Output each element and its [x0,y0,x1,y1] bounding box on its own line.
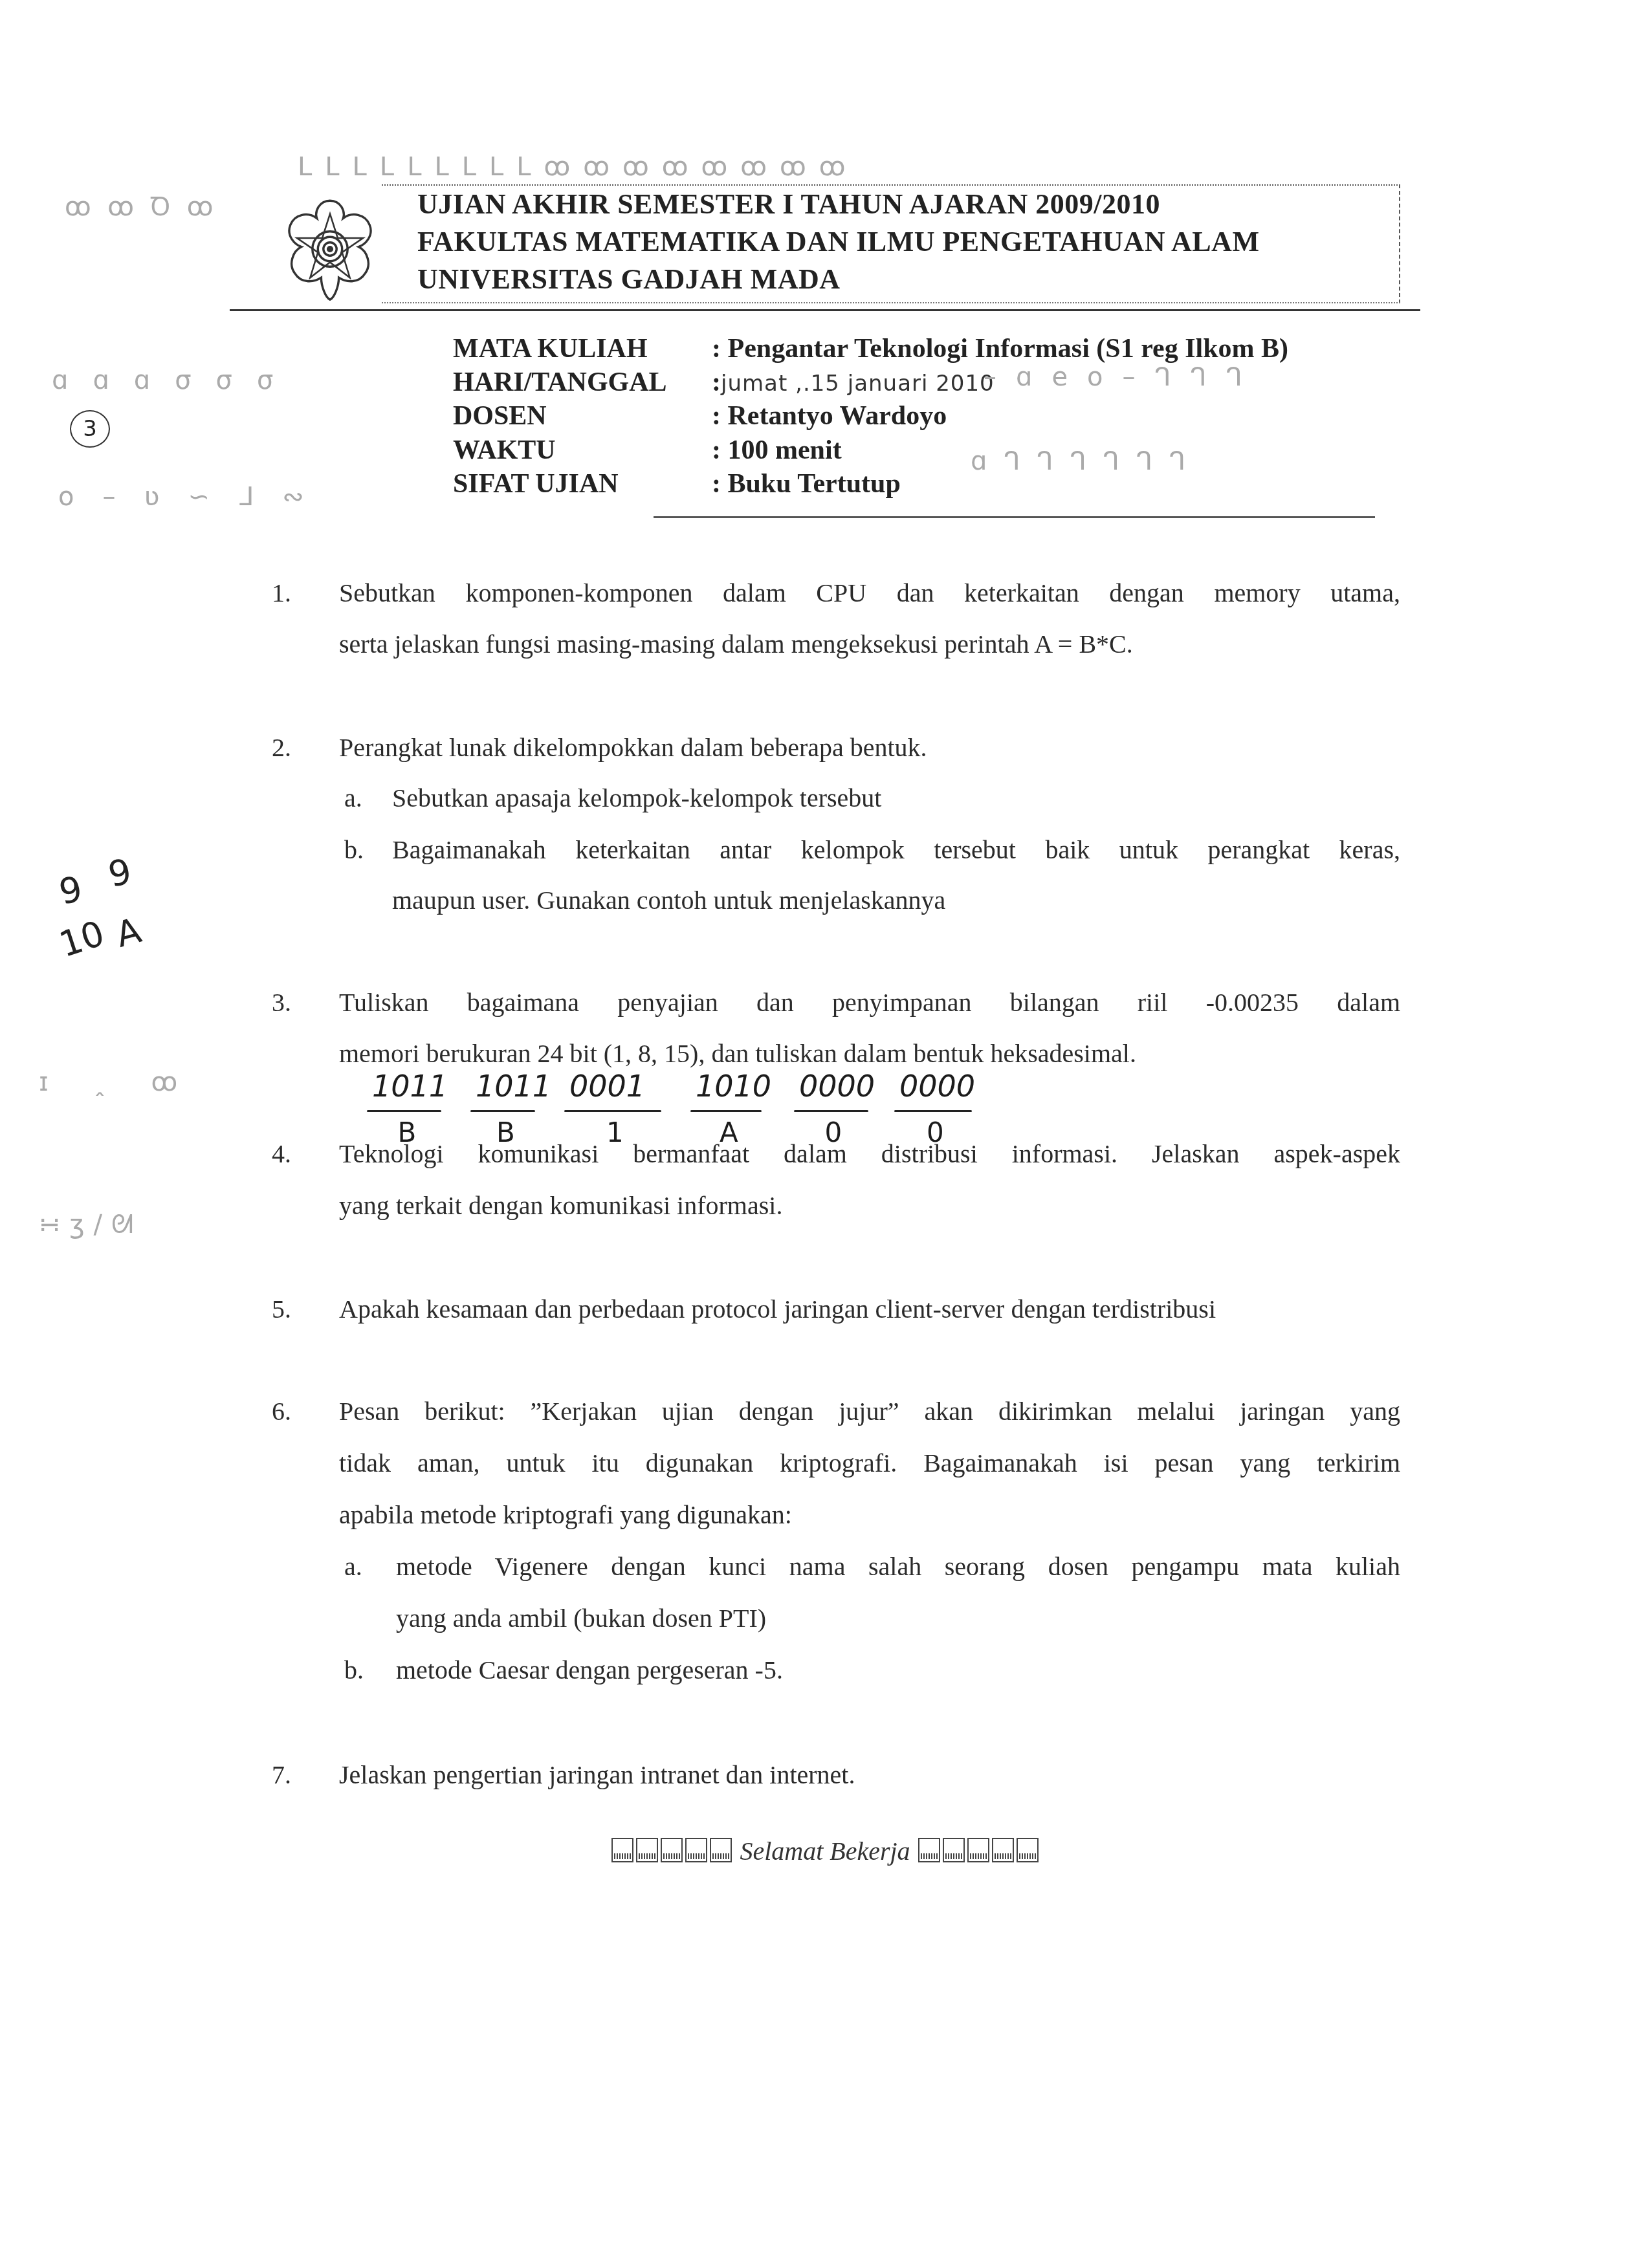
info-value: : Buku Tertutup [712,468,901,499]
computer-icon [1017,1838,1039,1862]
question-6a-line-1: metode Vigenere dengan kunci nama salah … [396,1551,1400,1582]
question-6a-line-2: yang anda ambil (bukan dosen PTI) [396,1603,766,1633]
underline-brace [690,1110,762,1112]
question-1-line-2: serta jelaskan fungsi masing-masing dala… [339,629,1133,659]
ink-note: 9 [56,868,86,913]
handwritten-date: jumat ,.15 januari 2010 [721,371,995,397]
question-3-line-1: Tuliskan bagaimana penyajian dan penyimp… [339,987,1400,1018]
sub-marker: b. [344,834,364,865]
info-value: : 100 menit [712,435,842,466]
footer-text: Selamat Bekerja [740,1837,910,1866]
question-2a-text: Sebutkan apasaja kelompok-kelompok terse… [392,783,881,813]
info-row-date: HARI/TANGGAL: jumat ,.15 januari 2010 [453,367,995,398]
question-6-line-3: apabila metode kriptografi yang digunaka… [339,1499,792,1530]
computer-icon [685,1838,707,1862]
question-number: 4. [272,1139,291,1169]
question-number: 6. [272,1396,291,1426]
pencil-scribble: ɪ ꞈ ꝏ [39,1067,197,1097]
question-6b-text: metode Caesar dengan pergeseran -5. [396,1655,783,1685]
underline-brace [367,1110,441,1112]
info-label: DOSEN [453,400,712,431]
computer-icon [661,1838,683,1862]
computer-icon-row-left [610,1837,733,1866]
question-1-line-1: Sebutkan komponen-komponen dalam CPU dan… [339,578,1400,608]
info-label: MATA KULIAH [453,333,712,364]
university-emblem-icon [275,194,385,304]
header-divider [230,309,1420,311]
question-6-line-1: Pesan berikut: ”Kerjakan ujian dengan ju… [339,1396,1400,1426]
info-value: : [712,367,721,398]
computer-icon [918,1838,940,1862]
computer-icon [943,1838,965,1862]
info-label: HARI/TANGGAL [453,367,712,398]
question-2b-line-1: Bagaimanakah keterkaitan antar kelompok … [392,834,1400,865]
info-value: : Retantyo Wardoyo [712,400,947,431]
computer-icon [611,1838,633,1862]
info-row-course: MATA KULIAH: Pengantar Teknologi Informa… [453,333,1288,364]
computer-icon [967,1838,989,1862]
ink-note: 10 [54,913,109,965]
question-4-line-1: Teknologi komunikasi bermanfaat dalam di… [339,1139,1400,1169]
computer-icon [636,1838,658,1862]
question-6-line-2: tidak aman, untuk itu digunakan kriptogr… [339,1448,1400,1478]
handwritten-bits: 1010 [696,1069,771,1104]
info-label: SIFAT UJIAN [453,468,712,499]
sub-marker: a. [344,783,362,813]
ink-note: 9 [105,851,135,895]
sub-marker: b. [344,1655,364,1685]
info-value: : Pengantar Teknologi Informasi (S1 reg … [712,333,1288,364]
pencil-scribble: o–ʋ∽ᒧ∾ [58,482,333,512]
computer-icon-row-right [917,1837,1040,1866]
question-2b-line-2: maupun user. Gunakan contoh untuk menjel… [392,885,945,915]
question-4-line-2: yang terkait dengan komunikasi informasi… [339,1190,782,1221]
info-row-duration: WAKTU: 100 menit [453,435,842,466]
question-number: 3. [272,987,291,1018]
handwritten-bits: 0001 [569,1069,645,1104]
pencil-scribble: ∺ʒ∕ᘛ [39,1210,142,1239]
info-divider [654,516,1375,518]
info-row-exam-type: SIFAT UJIAN: Buku Tertutup [453,468,901,499]
underline-brace [470,1110,535,1112]
faculty-name: FAKULTAS MATEMATIKA DAN ILMU PENGETAHUAN… [417,225,1259,258]
circled-number: 3 [70,410,110,448]
pencil-scribble: ɑɑɑσσσ [52,365,298,395]
pencil-scribble: –ɑeo–ᒉᒉᒉ [984,362,1262,392]
handwritten-bits: 1011 [476,1069,551,1104]
pencil-scribble: ꝏ ꝏ Ꝺ ꝏ [65,188,214,223]
handwritten-bits: 0000 [899,1069,975,1104]
underline-brace [894,1110,972,1112]
underline-brace [564,1110,661,1112]
pencil-scribble: ᒪᒪᒪᒪᒪᒪᒪᒪᒪꝏꝏꝏꝏꝏꝏꝏꝏ [298,152,859,182]
info-label: WAKTU [453,435,712,466]
question-2-line-1: Perangkat lunak dikelompokkan dalam bebe… [339,732,927,763]
info-row-lecturer: DOSEN: Retantyo Wardoyo [453,400,947,431]
underline-brace [794,1110,868,1112]
question-3-line-2: memori berukuran 24 bit (1, 8, 15), dan … [339,1038,1136,1069]
exam-title: UJIAN AKHIR SEMESTER I TAHUN AJARAN 2009… [417,188,1160,221]
question-7-text: Jelaskan pengertian jaringan intranet da… [339,1760,855,1790]
sub-marker: a. [344,1551,362,1582]
question-number: 7. [272,1760,291,1790]
question-5-text: Apakah kesamaan dan perbedaan protocol j… [339,1294,1216,1324]
question-number: 5. [272,1294,291,1324]
handwritten-bits: 1011 [372,1069,448,1104]
handwritten-bits: 0000 [799,1069,875,1104]
question-number: 1. [272,578,291,608]
computer-icon [992,1838,1014,1862]
footer-greeting: Selamat Bekerja [0,1836,1650,1866]
computer-icon [710,1838,732,1862]
university-name: UNIVERSITAS GADJAH MADA [417,263,841,296]
ink-note: A [111,910,145,955]
question-number: 2. [272,732,291,763]
pencil-scribble: ɑᒉᒉᒉᒉᒉᒉ [971,446,1202,476]
